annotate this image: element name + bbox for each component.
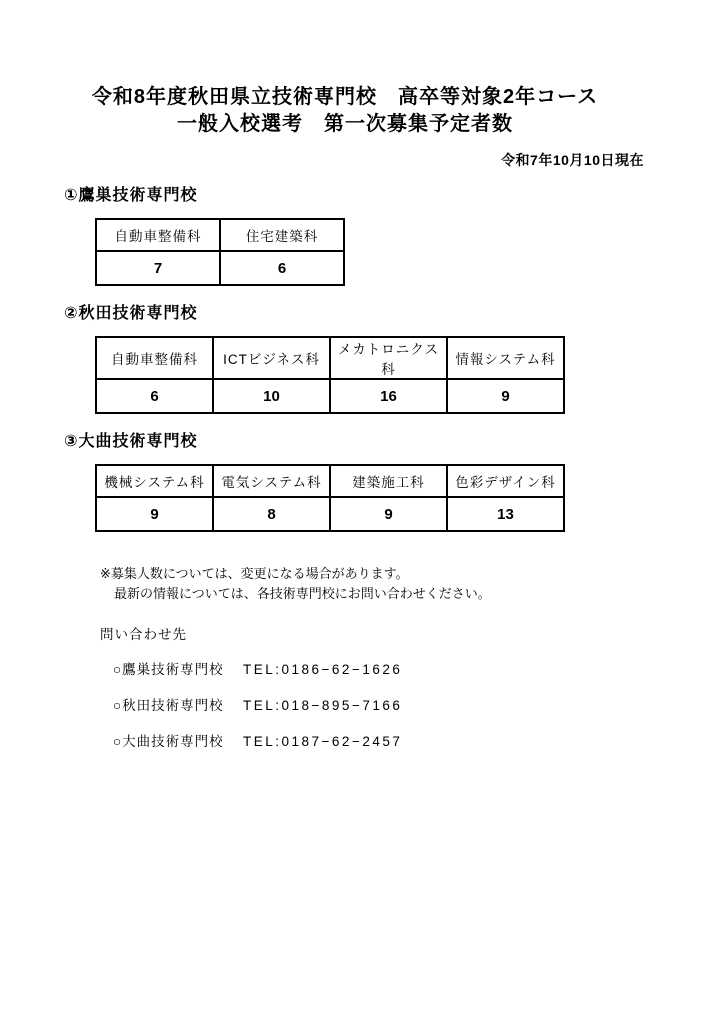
document-title: 令和8年度秋田県立技術専門校 高卒等対象2年コース 一般入校選考 第一次募集予定… <box>0 84 724 138</box>
table-header-row: 自動車整備科 ICTビジネス科 メカトロニクス科 情報システム科 <box>96 337 564 379</box>
document-page: 令和8年度秋田県立技術専門校 高卒等対象2年コース 一般入校選考 第一次募集予定… <box>0 0 724 1024</box>
dept-value-cell: 8 <box>213 497 330 531</box>
as-of-date: 令和7年10月10日現在 <box>0 152 724 168</box>
contact-phone-number: TEL:0187−62−2457 <box>243 732 402 752</box>
dept-header-cell: ICTビジネス科 <box>213 337 330 379</box>
dept-header-cell: 自動車整備科 <box>96 219 220 251</box>
dept-value-cell: 6 <box>96 379 213 413</box>
table-value-row: 7 6 <box>96 251 344 285</box>
dept-value-cell: 7 <box>96 251 220 285</box>
dept-header-cell: メカトロニクス科 <box>330 337 447 379</box>
school-table-takanosu: 自動車整備科 住宅建築科 7 6 <box>95 218 345 286</box>
contact-item-akita: ○秋田技術専門校 TEL:018−895−7166 <box>113 696 724 716</box>
dept-value-cell: 13 <box>447 497 564 531</box>
contact-phone-number: TEL:0186−62−1626 <box>243 660 402 680</box>
dept-header-cell: 電気システム科 <box>213 465 330 497</box>
dept-header-cell: 色彩デザイン科 <box>447 465 564 497</box>
dept-header-cell: 建築施工科 <box>330 465 447 497</box>
dept-header-cell: 機械システム科 <box>96 465 213 497</box>
table-value-row: 9 8 9 13 <box>96 497 564 531</box>
dept-header-cell: 情報システム科 <box>447 337 564 379</box>
dept-value-cell: 6 <box>220 251 344 285</box>
contact-item-omagari: ○大曲技術専門校 TEL:0187−62−2457 <box>113 732 724 752</box>
contact-school-name: ○大曲技術専門校 <box>113 732 243 752</box>
school-heading-takanosu: ①鷹巣技術専門校 <box>64 186 724 206</box>
dept-value-cell: 16 <box>330 379 447 413</box>
contact-list: ○鷹巣技術専門校 TEL:0186−62−1626 ○秋田技術専門校 TEL:0… <box>113 660 724 752</box>
table-header-row: 機械システム科 電気システム科 建築施工科 色彩デザイン科 <box>96 465 564 497</box>
notice-text: ※募集人数については、変更になる場合があります。 最新の情報については、各技術専… <box>100 564 724 604</box>
contact-item-takanosu: ○鷹巣技術専門校 TEL:0186−62−1626 <box>113 660 724 680</box>
school-table-omagari: 機械システム科 電気システム科 建築施工科 色彩デザイン科 9 8 9 13 <box>95 464 565 532</box>
title-line-1: 令和8年度秋田県立技術専門校 高卒等対象2年コース <box>0 84 690 111</box>
notice-line-2: 最新の情報については、各技術専門校にお問い合わせください。 <box>100 584 724 604</box>
dept-value-cell: 10 <box>213 379 330 413</box>
dept-value-cell: 9 <box>447 379 564 413</box>
title-line-2: 一般入校選考 第一次募集予定者数 <box>0 111 690 138</box>
school-heading-akita: ②秋田技術専門校 <box>64 304 724 324</box>
dept-header-cell: 自動車整備科 <box>96 337 213 379</box>
dept-value-cell: 9 <box>330 497 447 531</box>
contact-phone-number: TEL:018−895−7166 <box>243 696 402 716</box>
contact-school-name: ○秋田技術専門校 <box>113 696 243 716</box>
table-value-row: 6 10 16 9 <box>96 379 564 413</box>
table-header-row: 自動車整備科 住宅建築科 <box>96 219 344 251</box>
school-heading-omagari: ③大曲技術専門校 <box>64 432 724 452</box>
contact-school-name: ○鷹巣技術専門校 <box>113 660 243 680</box>
notice-line-1: ※募集人数については、変更になる場合があります。 <box>100 564 724 584</box>
dept-header-cell: 住宅建築科 <box>220 219 344 251</box>
contact-heading: 問い合わせ先 <box>100 626 724 644</box>
school-table-akita: 自動車整備科 ICTビジネス科 メカトロニクス科 情報システム科 6 10 16… <box>95 336 565 414</box>
dept-value-cell: 9 <box>96 497 213 531</box>
